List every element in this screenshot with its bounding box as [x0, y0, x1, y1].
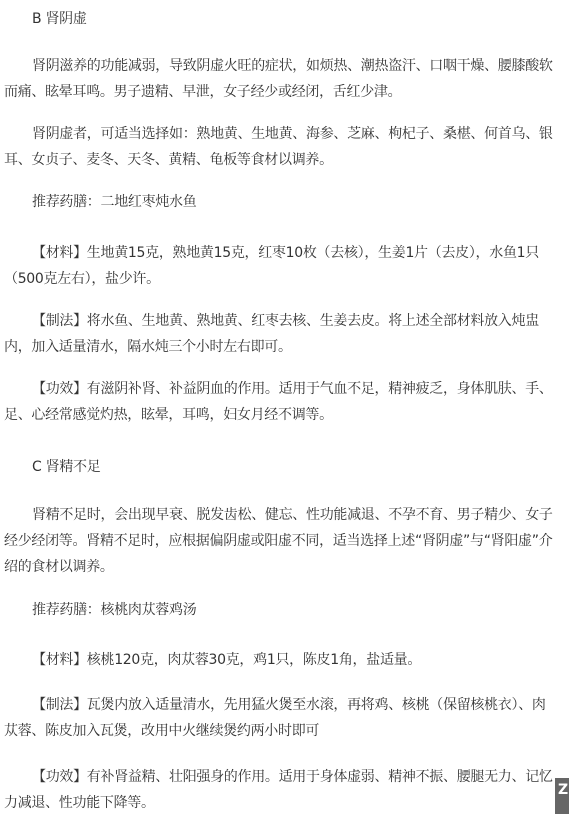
- section-heading-b: B 肾阴虚: [4, 6, 556, 32]
- paragraph-c-method: 【制法】瓦煲内放入适量清水，先用猛火煲至水滚，再将鸡、核桃（保留核桃衣）、肉苁蓉…: [4, 692, 556, 744]
- paragraph-c-ingredients: 【材料】核桃120克，肉苁蓉30克，鸡1只，陈皮1角，盐适量。: [4, 647, 556, 673]
- paragraph-c-symptoms: 肾精不足时，会出现早衰、脱发齿松、健忘、性功能减退、不孕不育、男子精少、女子经少…: [4, 502, 556, 580]
- section-heading-c: C 肾精不足: [4, 454, 556, 480]
- paragraph-b-symptoms: 肾阴滋养的功能减弱，导致阴虚火旺的症状，如烦热、潮热盗汗、口咽干燥、腰膝酸软而痛…: [4, 53, 556, 105]
- paragraph-c-effect: 【功效】有补肾益精、壮阳强身的作用。适用于身体虚弱、精神不振、腰腿无力、记忆力减…: [4, 764, 556, 814]
- floating-side-button[interactable]: Z: [555, 778, 569, 814]
- recipe-title-b: 推荐药膳：二地红枣炖水鱼: [4, 189, 556, 215]
- paragraph-b-foods: 肾阴虚者，可适当选择如：熟地黄、生地黄、海参、芝麻、枸杞子、桑椹、何首乌、银耳、…: [4, 121, 556, 173]
- paragraph-b-method: 【制法】将水鱼、生地黄、熟地黄、红枣去核、生姜去皮。将上述全部材料放入炖盅内，加…: [4, 308, 556, 360]
- recipe-title-c: 推荐药膳：核桃肉苁蓉鸡汤: [4, 597, 556, 623]
- paragraph-b-ingredients: 【材料】生地黄15克，熟地黄15克，红枣10枚（去核），生姜1片（去皮），水鱼1…: [4, 240, 556, 292]
- paragraph-b-effect: 【功效】有滋阴补肾、补益阴血的作用。适用于气血不足，精神疲乏，身体肌肤、手、足、…: [4, 376, 556, 428]
- floating-button-glyph: Z: [555, 778, 569, 798]
